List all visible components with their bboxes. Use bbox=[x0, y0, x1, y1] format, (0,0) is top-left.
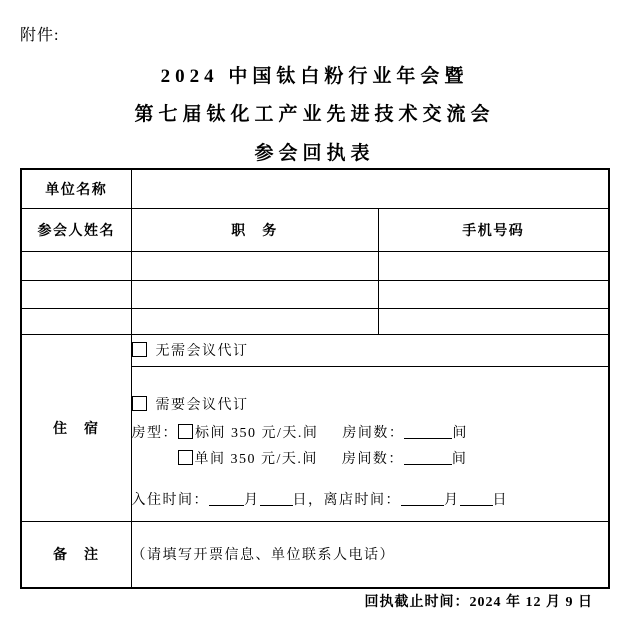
deadline-note: 回执截止时间：2024 年 12 月 9 日 bbox=[365, 591, 594, 611]
checkin-label: 入住时间： bbox=[132, 493, 210, 508]
attendee-row-1 bbox=[21, 251, 609, 280]
room-unit-label: 间 bbox=[452, 452, 468, 467]
phone-header: 手机号码 bbox=[378, 208, 609, 251]
single-room-checkbox-icon[interactable] bbox=[178, 450, 193, 465]
standard-room-count-blank[interactable] bbox=[404, 425, 452, 439]
phone-cell[interactable] bbox=[378, 308, 609, 334]
remarks-note: （请填写开票信息、单位联系人电话） bbox=[132, 548, 396, 563]
attachment-label: 附件: bbox=[20, 22, 59, 45]
unit-name-row: 单位名称 bbox=[21, 169, 609, 208]
checkout-day-blank[interactable] bbox=[460, 492, 493, 506]
no-booking-row: 住 宿 无需会议代订 bbox=[21, 334, 609, 366]
single-room-count-blank[interactable] bbox=[404, 451, 452, 465]
remarks-row: 备 注 （请填写开票信息、单位联系人电话） bbox=[21, 521, 609, 588]
position-cell[interactable] bbox=[131, 308, 378, 334]
accommodation-label: 住 宿 bbox=[21, 334, 131, 521]
attendee-row-2 bbox=[21, 280, 609, 308]
no-booking-label: 无需会议代订 bbox=[156, 344, 249, 359]
checkin-month-blank[interactable] bbox=[209, 492, 244, 506]
attendee-name-cell[interactable] bbox=[21, 251, 131, 280]
unit-name-input-cell[interactable] bbox=[131, 169, 609, 208]
month-label: 月 bbox=[444, 493, 460, 508]
attendee-row-3 bbox=[21, 308, 609, 334]
checkin-day-blank[interactable] bbox=[260, 492, 293, 506]
checkout-month-blank[interactable] bbox=[401, 492, 444, 506]
no-booking-checkbox-icon[interactable] bbox=[132, 342, 147, 357]
reply-form-page: 附件: 2024 中国钛白粉行业年会暨 第七届钛化工产业先进技术交流会 参会回执… bbox=[0, 0, 629, 618]
attendee-name-cell[interactable] bbox=[21, 280, 131, 308]
phone-cell[interactable] bbox=[378, 251, 609, 280]
remarks-label: 备 注 bbox=[21, 521, 131, 588]
reply-form-table: 单位名称 参会人姓名 职 务 手机号码 住 宿 无需会议代订 bbox=[20, 168, 610, 589]
single-room-line: 单间 350 元/天.间房间数：间 bbox=[132, 447, 609, 473]
form-title: 参会回执表 bbox=[0, 138, 629, 165]
room-count-label: 房间数： bbox=[342, 426, 404, 441]
no-booking-cell: 无需会议代订 bbox=[131, 334, 609, 366]
comma: ， bbox=[308, 493, 324, 508]
need-booking-label: 需要会议代订 bbox=[156, 398, 249, 413]
need-booking-line: 需要会议代订 bbox=[132, 374, 609, 421]
month-label: 月 bbox=[244, 493, 260, 508]
room-unit-label: 间 bbox=[452, 426, 468, 441]
position-cell[interactable] bbox=[131, 280, 378, 308]
unit-name-label: 单位名称 bbox=[21, 169, 131, 208]
standard-room-checkbox-icon[interactable] bbox=[178, 424, 193, 439]
need-booking-checkbox-icon[interactable] bbox=[132, 396, 147, 411]
stay-dates-line: 入住时间：月日，离店时间：月日 bbox=[132, 488, 609, 514]
phone-cell[interactable] bbox=[378, 280, 609, 308]
remarks-note-cell[interactable]: （请填写开票信息、单位联系人电话） bbox=[131, 521, 609, 588]
attendee-header-row: 参会人姓名 职 务 手机号码 bbox=[21, 208, 609, 251]
conference-title-line2: 第七届钛化工产业先进技术交流会 bbox=[0, 99, 629, 126]
position-cell[interactable] bbox=[131, 251, 378, 280]
conference-title-line1: 2024 中国钛白粉行业年会暨 bbox=[0, 61, 629, 88]
need-booking-cell: 需要会议代订 房型：标间 350 元/天.间房间数：间 单间 350 元/天.间… bbox=[131, 366, 609, 521]
day-label: 日 bbox=[293, 493, 309, 508]
single-room-label: 单间 350 元/天.间 bbox=[195, 452, 318, 467]
standard-room-label: 标间 350 元/天.间 bbox=[195, 426, 318, 441]
attendee-name-cell[interactable] bbox=[21, 308, 131, 334]
room-type-label: 房型： bbox=[132, 426, 179, 441]
room-count-label: 房间数： bbox=[342, 452, 404, 467]
position-header: 职 务 bbox=[131, 208, 378, 251]
attendee-name-header: 参会人姓名 bbox=[21, 208, 131, 251]
checkout-label: 离店时间： bbox=[324, 493, 402, 508]
day-label: 日 bbox=[493, 493, 509, 508]
standard-room-line: 房型：标间 350 元/天.间房间数：间 bbox=[132, 421, 609, 447]
